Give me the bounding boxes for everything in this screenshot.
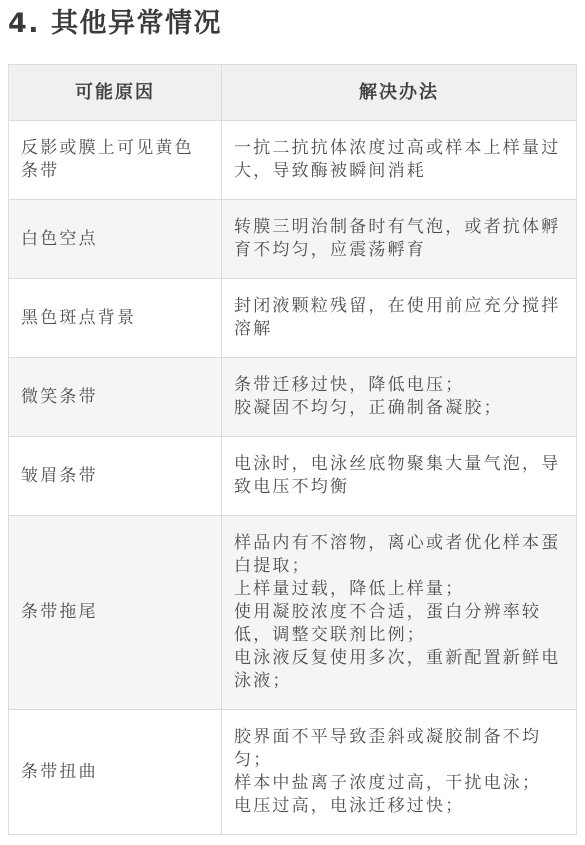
table-row: 条带扭曲 胶界面不平导致歪斜或凝胶制备不均匀； 样本中盐离子浓度过高，干扰电泳；… bbox=[9, 710, 577, 835]
page: 4. 其他异常情况 可能原因 解决办法 反影或膜上可见黄色条带 一抗二抗抗体浓度… bbox=[0, 0, 585, 845]
solution-line: 胶界面不平导致歪斜或凝胶制备不均匀； bbox=[234, 726, 564, 772]
solution-line: 转膜三明治制备时有气泡，或者抗体孵育不均匀，应震荡孵育 bbox=[234, 216, 564, 262]
solution-cell: 一抗二抗抗体浓度过高或样本上样量过大，导致酶被瞬间消耗 bbox=[222, 121, 577, 200]
solution-line: 封闭液颗粒残留，在使用前应充分搅拌溶解 bbox=[234, 295, 564, 341]
table-header-row: 可能原因 解决办法 bbox=[9, 65, 577, 121]
solution-line: 电压过高，电泳迁移过快； bbox=[234, 795, 564, 818]
cause-cell: 皱眉条带 bbox=[9, 437, 222, 516]
solution-line: 条带迁移过快，降低电压； bbox=[234, 374, 564, 397]
table-row: 黑色斑点背景 封闭液颗粒残留，在使用前应充分搅拌溶解 bbox=[9, 279, 577, 358]
troubleshooting-table: 可能原因 解决办法 反影或膜上可见黄色条带 一抗二抗抗体浓度过高或样本上样量过大… bbox=[8, 64, 577, 835]
column-header-solution: 解决办法 bbox=[222, 65, 577, 121]
table-row: 微笑条带 条带迁移过快，降低电压； 胶凝固不均匀，正确制备凝胶； bbox=[9, 358, 577, 437]
solution-cell: 样品内有不溶物，离心或者优化样本蛋白提取； 上样量过载，降低上样量； 使用凝胶浓… bbox=[222, 516, 577, 710]
solution-cell: 胶界面不平导致歪斜或凝胶制备不均匀； 样本中盐离子浓度过高，干扰电泳； 电压过高… bbox=[222, 710, 577, 835]
cause-cell: 条带扭曲 bbox=[9, 710, 222, 835]
cause-cell: 条带拖尾 bbox=[9, 516, 222, 710]
solution-line: 一抗二抗抗体浓度过高或样本上样量过大，导致酶被瞬间消耗 bbox=[234, 137, 564, 183]
solution-line: 电泳液反复使用多次，重新配置新鲜电泳液； bbox=[234, 647, 564, 693]
solution-line: 样品内有不溶物，离心或者优化样本蛋白提取； bbox=[234, 532, 564, 578]
table-row: 白色空点 转膜三明治制备时有气泡，或者抗体孵育不均匀，应震荡孵育 bbox=[9, 200, 577, 279]
table-row: 皱眉条带 电泳时，电泳丝底物聚集大量气泡，导致电压不均衡 bbox=[9, 437, 577, 516]
solution-cell: 条带迁移过快，降低电压； 胶凝固不均匀，正确制备凝胶； bbox=[222, 358, 577, 437]
solution-cell: 电泳时，电泳丝底物聚集大量气泡，导致电压不均衡 bbox=[222, 437, 577, 516]
cause-cell: 白色空点 bbox=[9, 200, 222, 279]
solution-cell: 封闭液颗粒残留，在使用前应充分搅拌溶解 bbox=[222, 279, 577, 358]
cause-cell: 黑色斑点背景 bbox=[9, 279, 222, 358]
cause-cell: 反影或膜上可见黄色条带 bbox=[9, 121, 222, 200]
cause-cell: 微笑条带 bbox=[9, 358, 222, 437]
solution-line: 胶凝固不均匀，正确制备凝胶； bbox=[234, 397, 564, 420]
column-header-cause: 可能原因 bbox=[9, 65, 222, 121]
page-title: 4. 其他异常情况 bbox=[8, 8, 577, 40]
table-row: 条带拖尾 样品内有不溶物，离心或者优化样本蛋白提取； 上样量过载，降低上样量； … bbox=[9, 516, 577, 710]
solution-line: 电泳时，电泳丝底物聚集大量气泡，导致电压不均衡 bbox=[234, 453, 564, 499]
table-row: 反影或膜上可见黄色条带 一抗二抗抗体浓度过高或样本上样量过大，导致酶被瞬间消耗 bbox=[9, 121, 577, 200]
solution-line: 样本中盐离子浓度过高，干扰电泳； bbox=[234, 772, 564, 795]
solution-cell: 转膜三明治制备时有气泡，或者抗体孵育不均匀，应震荡孵育 bbox=[222, 200, 577, 279]
solution-line: 使用凝胶浓度不合适，蛋白分辨率较低，调整交联剂比例； bbox=[234, 601, 564, 647]
solution-line: 上样量过载，降低上样量； bbox=[234, 578, 564, 601]
